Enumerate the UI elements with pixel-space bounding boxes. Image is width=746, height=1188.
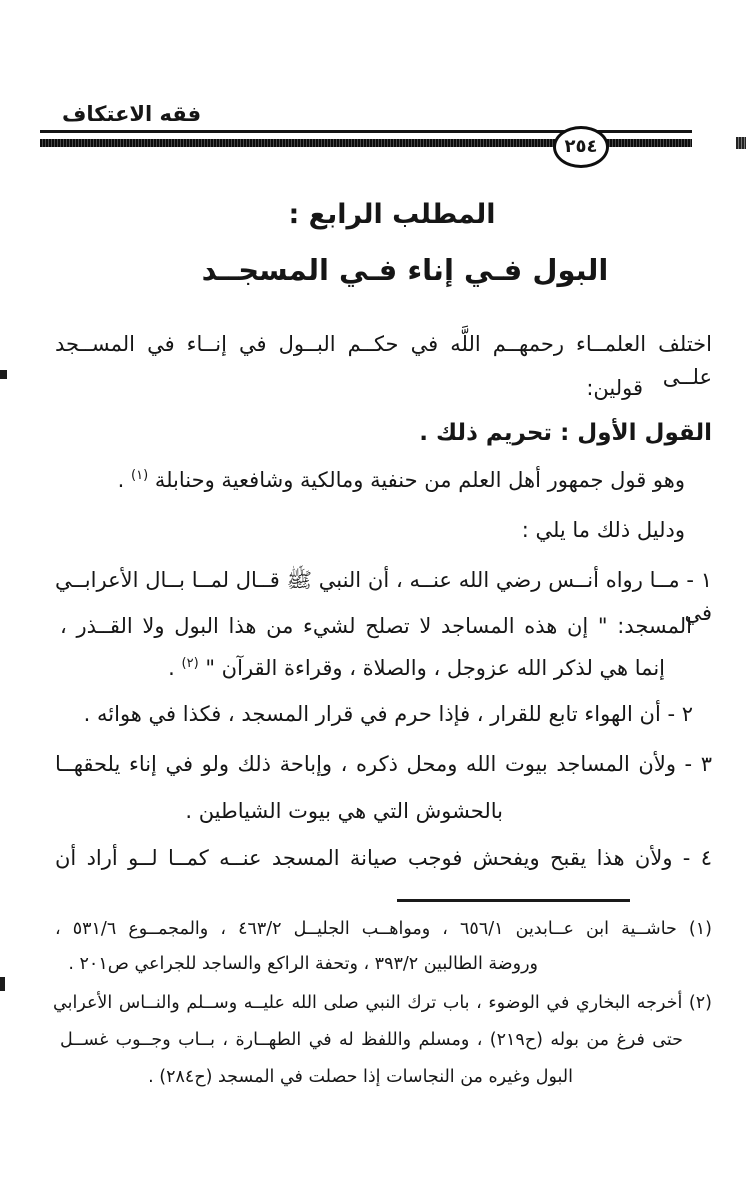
scan-artifact-right-edge	[736, 137, 746, 149]
page-number-badge: ٢٥٤	[553, 126, 609, 168]
scanned-book-page: فقه الاعتكاف ٢٥٤ المطلب الرابع : البول ف…	[0, 0, 746, 1188]
footnote-1-line-1: (١) حاشــية ابن عــابدين ٦٥٦/١ ، ومواهــ…	[42, 916, 712, 942]
section-title: المطلب الرابع :	[57, 199, 727, 230]
list-item-1-line-3: إنما هي لذكر الله عزوجل ، والصلاة ، وقرا…	[42, 652, 712, 685]
list-item-4: ٤ - ولأن هذا يقبح ويفحش فوجب صيانة المسج…	[42, 842, 712, 875]
list-item-2: ٢ - أن الهواء تابع للقرار ، فإذا حرم في …	[42, 698, 712, 731]
text-line: ودليل ذلك ما يلي :	[42, 514, 712, 547]
list-item-1-line-2: المسجد: " إن هذه المساجد لا تصلح لشيء من…	[42, 610, 712, 643]
opinion-heading: القول الأول : تحريم ذلك .	[42, 416, 712, 452]
footnote-1-line-2: وروضة الطالبين ٣٩٣/٢ ، وتحفة الراكع والس…	[42, 951, 712, 977]
footnote-2-line-1: (٢) أخرجه البخاري في الوضوء ، باب ترك ال…	[42, 990, 712, 1016]
line-text: .	[118, 468, 131, 492]
line-text: إنما هي لذكر الله عزوجل ، والصلاة ، وقرا…	[199, 656, 665, 680]
footnote-2-line-3: البول وغيره من النجاسات إذا حصلت في المس…	[42, 1064, 712, 1090]
footnote-ref-2: (٢)	[182, 656, 199, 671]
scan-artifact-left-2	[0, 977, 5, 991]
list-item-3-line-1: ٣ - ولأن المساجد بيوت الله ومحل ذكره ، و…	[42, 748, 712, 781]
text-line: وهو قول جمهور أهل العلم من حنفية ومالكية…	[42, 464, 712, 497]
section-subtitle: البول فـي إناء فـي المسجــد	[70, 253, 740, 287]
footnote-ref-1: (١)	[131, 468, 148, 483]
line-text: .	[168, 656, 181, 680]
line-text: وهو قول جمهور أهل العلم من حنفية ومالكية…	[148, 468, 685, 492]
text-line: قولين:	[42, 372, 712, 405]
list-item-3-line-2: بالحشوش التي هي بيوت الشياطين .	[42, 795, 712, 828]
page-number: ٢٥٤	[565, 138, 598, 156]
footnote-separator	[397, 899, 630, 902]
running-head-book-title: فقه الاعتكاف	[62, 102, 201, 126]
footnote-2-line-2: حتى فرغ من بوله (ح٢١٩) ، ومسلم واللفظ له…	[42, 1027, 712, 1053]
scan-artifact-left-1	[0, 370, 7, 379]
